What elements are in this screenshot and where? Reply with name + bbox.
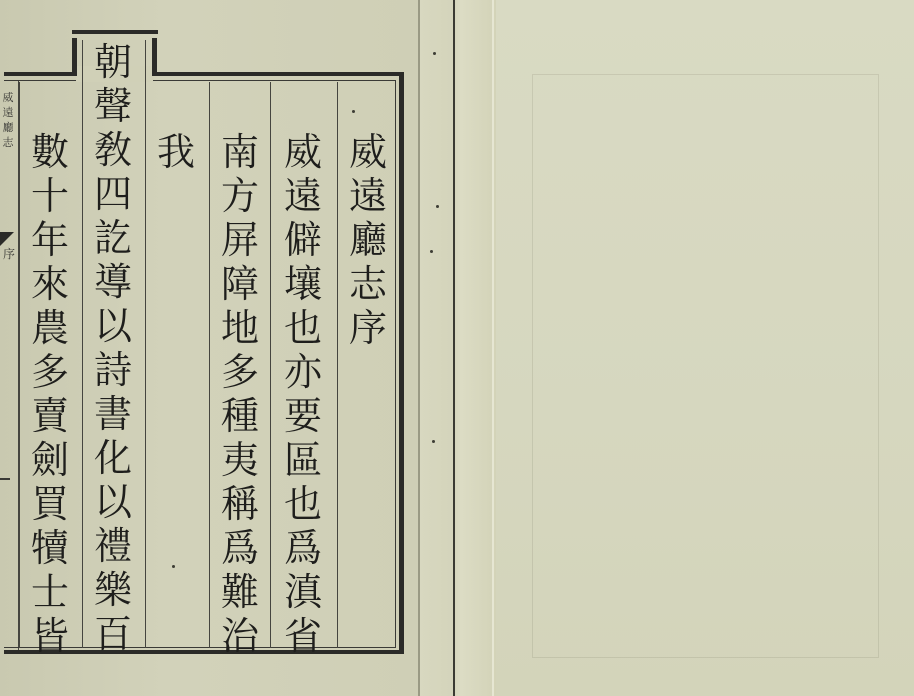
glyph: 遠 (281, 174, 325, 218)
column-rule (82, 40, 83, 648)
glyph: 方 (218, 174, 262, 218)
glyph: 農 (28, 306, 72, 350)
glyph: 省 (281, 614, 325, 658)
glyph: 夷 (218, 438, 262, 482)
glyph: 禮 (91, 524, 135, 568)
text-column-5-elevated: 朝聲敎四訖導以詩書化以禮樂百 (91, 40, 135, 656)
glyph: 賣 (28, 394, 72, 438)
show-through-frame (532, 74, 879, 658)
paper-speck (436, 205, 439, 208)
paper-speck (352, 110, 355, 113)
column-rule (145, 40, 146, 648)
glyph: 難 (218, 570, 262, 614)
glyph: 書 (91, 392, 135, 436)
glyph: 區 (281, 438, 325, 482)
glyph: 年 (28, 218, 72, 262)
paper-speck (172, 565, 175, 568)
elevation-tab-left (72, 38, 77, 76)
right-page-blank (496, 0, 914, 696)
fold-line (453, 0, 455, 696)
glyph: 訖 (91, 216, 135, 260)
glyph: 志 (346, 262, 390, 306)
glyph: 亦 (281, 350, 325, 394)
column-rule (209, 82, 210, 648)
fold-line (492, 0, 494, 696)
paper-speck (433, 52, 436, 55)
left-page: 威遠廳志 序 威遠廳志序 威遠僻壤也亦要區也爲滇省 南方屏障地多種夷稱爲難治 我… (0, 0, 418, 696)
glyph: 也 (281, 306, 325, 350)
glyph: 來 (28, 262, 72, 306)
glyph: 朝 (91, 40, 135, 84)
column-rule (19, 82, 20, 648)
glyph: 爲 (281, 526, 325, 570)
glyph: 以 (91, 304, 135, 348)
glyph: 稱 (218, 482, 262, 526)
glyph: 劍 (28, 438, 72, 482)
glyph: 威 (346, 130, 390, 174)
glyph: 序 (346, 306, 390, 350)
glyph: 也 (281, 482, 325, 526)
glyph: 遠 (346, 174, 390, 218)
text-column-preface-title: 威遠廳志序 (346, 130, 390, 350)
glyph: 導 (91, 260, 135, 304)
text-column-6: 數十年來農多賣劍買犢士皆 (28, 130, 72, 658)
elevation-tab-top (72, 30, 158, 34)
glyph: 四 (91, 172, 135, 216)
fold-line (418, 0, 420, 696)
glyph: 要 (281, 394, 325, 438)
elevation-tab-right (152, 38, 157, 76)
glyph: 詩 (91, 348, 135, 392)
column-rule (270, 82, 271, 648)
glyph: 多 (28, 350, 72, 394)
glyph: 爲 (218, 526, 262, 570)
glyph: 多 (218, 350, 262, 394)
paper-speck (430, 250, 433, 253)
glyph: 南 (218, 130, 262, 174)
glyph: 數 (28, 130, 72, 174)
gutter-fold (418, 0, 496, 696)
glyph: 治 (218, 614, 262, 658)
text-column-2: 威遠僻壤也亦要區也爲滇省 (281, 130, 325, 658)
glyph: 我 (154, 130, 198, 174)
glyph: 化 (91, 436, 135, 480)
glyph: 十 (28, 174, 72, 218)
glyph: 犢 (28, 526, 72, 570)
glyph: 滇 (281, 570, 325, 614)
glyph: 以 (91, 480, 135, 524)
glyph: 壤 (281, 262, 325, 306)
glyph: 樂 (91, 568, 135, 612)
glyph: 廳 (346, 218, 390, 262)
glyph: 僻 (281, 218, 325, 262)
paper-speck (432, 440, 435, 443)
glyph: 聲 (91, 84, 135, 128)
glyph: 百 (91, 612, 135, 656)
glyph: 障 (218, 262, 262, 306)
glyph: 種 (218, 394, 262, 438)
glyph: 屏 (218, 218, 262, 262)
glyph: 敎 (91, 128, 135, 172)
glyph: 士 (28, 570, 72, 614)
text-column-3: 南方屏障地多種夷稱爲難治 (218, 130, 262, 658)
glyph: 地 (218, 306, 262, 350)
book-spread: 威遠廳志 序 威遠廳志序 威遠僻壤也亦要區也爲滇省 南方屏障地多種夷稱爲難治 我… (0, 0, 914, 696)
glyph: 買 (28, 482, 72, 526)
glyph: 皆 (28, 614, 72, 658)
column-rule (337, 82, 338, 648)
text-column-4: 我 (154, 130, 198, 174)
glyph: 威 (281, 130, 325, 174)
